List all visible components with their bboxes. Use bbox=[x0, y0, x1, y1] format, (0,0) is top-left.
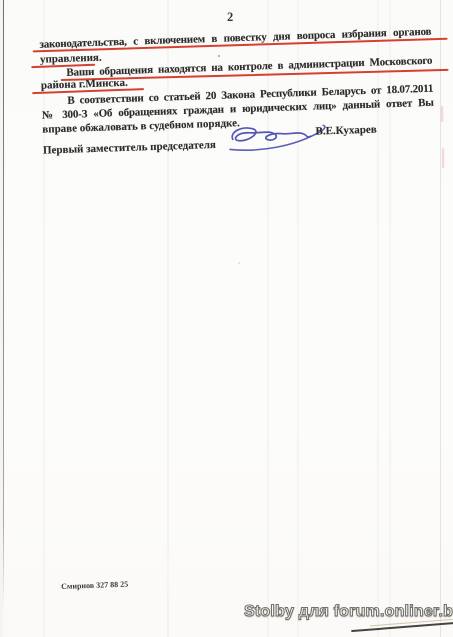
letter-body: законодательства, с включением в повестк… bbox=[0, 0, 453, 637]
signer-name: В.Е.Кухарев bbox=[315, 123, 377, 138]
watermark: Stolby для forum.onliner.by bbox=[244, 603, 453, 621]
signer-title: Первый заместитель председателя bbox=[43, 138, 216, 157]
